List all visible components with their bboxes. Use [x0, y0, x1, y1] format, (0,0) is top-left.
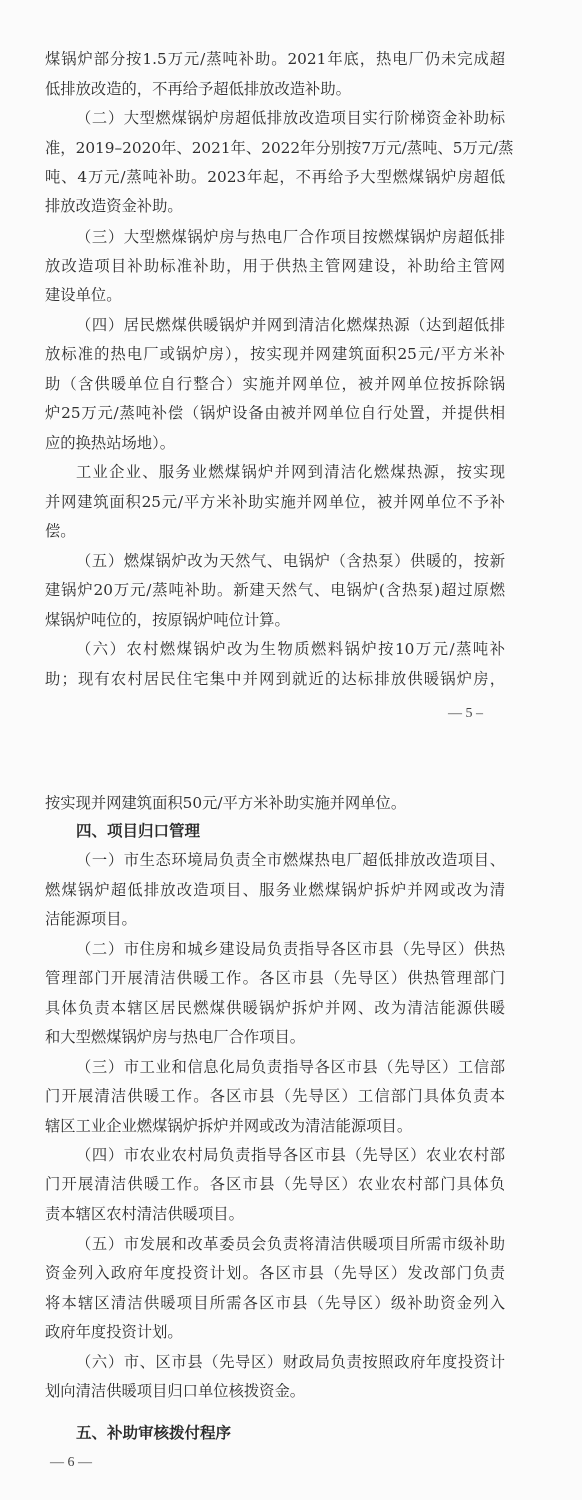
paragraph-line: 辖区工业企业燃煤锅炉拆炉并网或改为清洁能源项目。 — [45, 1116, 505, 1136]
paragraph-line: 按实现并网建筑面积50元/平方米补助实施并网单位。 — [45, 793, 505, 813]
paragraph-line: 洁能源项目。 — [45, 909, 505, 929]
paragraph-line: （五）燃煤锅炉改为天然气、电锅炉（含热泵）供暖的，按新 — [76, 551, 505, 571]
paragraph-line: 低排放改造的，不再给予超低排放改造补助。 — [45, 79, 505, 99]
paragraph-line: （四）市农业农村局负责指导各区市县（先导区）农业农村部 — [76, 1145, 505, 1165]
paragraph-line: （四）居民燃煤供暖锅炉并网到清洁化燃煤热源（达到超低排 — [76, 315, 505, 335]
paragraph-line: 门开展清洁供暖工作。各区市县（先导区）农业农村部门具体负 — [45, 1174, 505, 1194]
paragraph-line: （三）市工业和信息化局负责指导各区市县（先导区）工信部 — [76, 1057, 505, 1077]
paragraph-line: 煤锅炉吨位的，按原锅炉吨位计算。 — [45, 610, 505, 630]
paragraph-line: 划向清洁供暖项目归口单位核拨资金。 — [45, 1381, 505, 1401]
paragraph-line: 将本辖区清洁供暖项目所需各区市县（先导区）级补助资金列入 — [45, 1293, 505, 1313]
paragraph-line: 应的换热站场地）。 — [45, 433, 505, 453]
paragraph-line: （二）市住房和城乡建设局负责指导各区市县（先导区）供热 — [76, 939, 505, 959]
section-heading: 五、补助审核拨付程序 — [76, 1423, 231, 1443]
paragraph-line: （三）大型燃煤锅炉房与热电厂合作项目按燃煤锅炉房超低排 — [76, 227, 505, 247]
paragraph-line: 准，2019–2020年、2021年、2022年分别按7万元/蒸吨、5万元/蒸 — [45, 138, 505, 158]
paragraph-line: 建设单位。 — [45, 285, 505, 305]
paragraph-line: （五）市发展和改革委员会负责将清洁供暖项目所需市级补助 — [76, 1234, 505, 1254]
paragraph-line: 具体负责本辖区居民燃煤供暖锅炉拆炉并网、改为清洁能源供暖 — [45, 998, 505, 1018]
paragraph-line: 管理部门开展清洁供暖工作。各区市县（先导区）供热管理部门 — [45, 968, 505, 988]
paragraph-line: 资金列入政府年度投资计划。各区市县（先导区）发改部门负责 — [45, 1263, 505, 1283]
paragraph-line: 助（含供暖单位自行整合）实施并网单位，被并网单位按拆除锅 — [45, 374, 505, 394]
paragraph-line: 工业企业、服务业燃煤锅炉并网到清洁化燃煤热源，按实现 — [76, 462, 505, 482]
section-heading: 四、项目归口管理 — [76, 821, 200, 841]
paragraph-line: 煤锅炉部分按1.5万元/蒸吨补助。2021年底，热电厂仍未完成超 — [45, 49, 505, 69]
paragraph-line: 吨、4万元/蒸吨补助。2023年起，不再给予大型燃煤锅炉房超低 — [45, 167, 505, 187]
paragraph-line: （六）市、区市县（先导区）财政局负责按照政府年度投资计 — [76, 1352, 505, 1372]
paragraph-line: 和大型燃煤锅炉房与热电厂合作项目。 — [45, 1027, 505, 1047]
paragraph-line: 炉25万元/蒸吨补偿（锅炉设备由被并网单位自行处置，并提供相 — [45, 403, 505, 423]
paragraph-line: （一）市生态环境局负责全市燃煤热电厂超低排放改造项目、 — [76, 850, 505, 870]
page-number: — 5 – — [448, 705, 483, 723]
paragraph-line: 政府年度投资计划。 — [45, 1322, 505, 1342]
paragraph-line: 放改造项目补助标准补助，用于供热主管网建设，补助给主管网 — [45, 256, 505, 276]
paragraph-line: 建锅炉20万元/蒸吨补助。新建天然气、电锅炉(含热泵)超过原燃 — [45, 580, 505, 600]
paragraph-line: 助；现有农村居民住宅集中并网到就近的达标排放供暖锅炉房， — [45, 669, 505, 689]
paragraph-line: 排放改造资金补助。 — [45, 196, 505, 216]
paragraph-line: 放标准的热电厂或锅炉房），按实现并网建筑面积25元/平方米补 — [45, 344, 505, 364]
paragraph-line: 门开展清洁供暖工作。各区市县（先导区）工信部门具体负责本 — [45, 1086, 505, 1106]
paragraph-line: （六）农村燃煤锅炉改为生物质燃料锅炉按10万元/蒸吨补 — [76, 639, 505, 659]
paragraph-line: 责本辖区农村清洁供暖项目。 — [45, 1204, 505, 1224]
page-number: — 6 — — [50, 1454, 92, 1472]
paragraph-line: 偿。 — [45, 521, 505, 541]
paragraph-line: 燃煤锅炉超低排放改造项目、服务业燃煤锅炉拆炉并网或改为清 — [45, 880, 505, 900]
paragraph-line: 并网建筑面积25元/平方米补助实施并网单位，被并网单位不予补 — [45, 492, 505, 512]
paragraph-line: （二）大型燃煤锅炉房超低排放改造项目实行阶梯资金补助标 — [76, 108, 505, 128]
